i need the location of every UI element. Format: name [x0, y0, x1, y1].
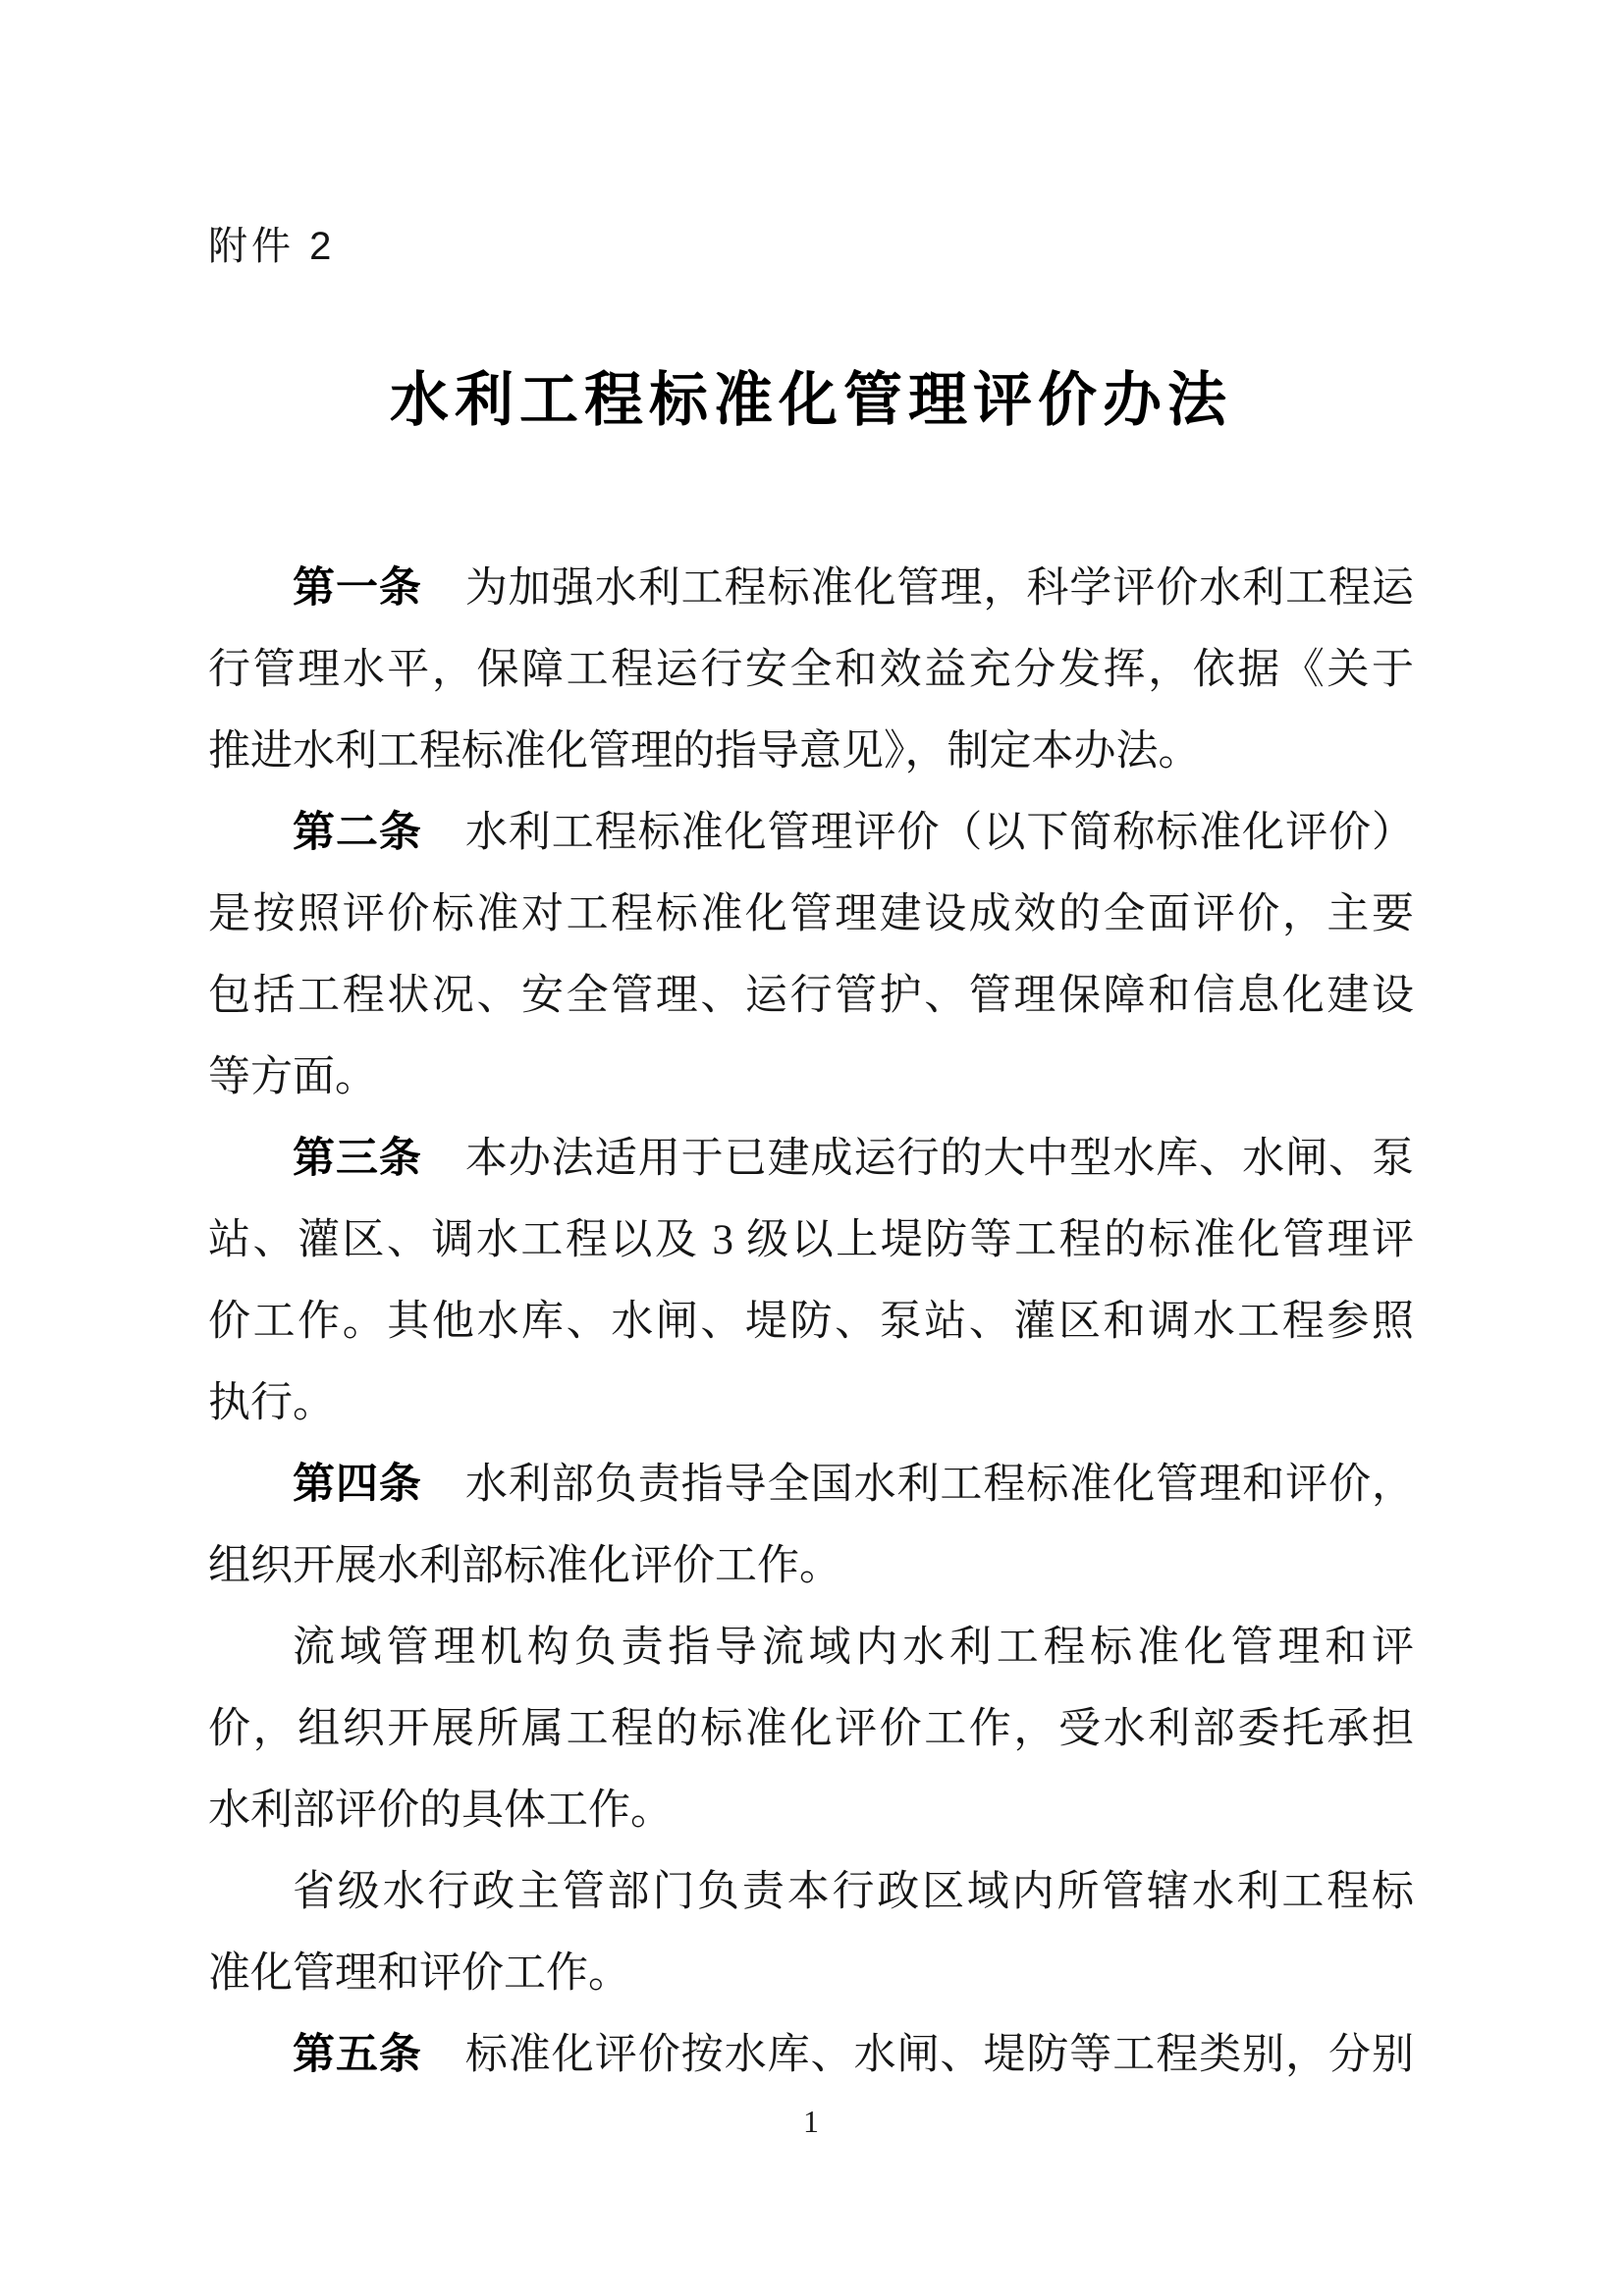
body-line: 推进水利工程标准化管理的指导意见》，制定本办法。	[208, 711, 1414, 792]
article-keyword: 第三条	[293, 1135, 422, 1182]
line-text: 水利部评价的具体工作。	[208, 1788, 673, 1834]
body-line: 水利部评价的具体工作。	[208, 1770, 1414, 1851]
body-line: 第三条 本办法适用于已建成运行的大中型水库、水闸、泵	[208, 1118, 1414, 1200]
body-line: 价工作。其他水库、水闸、堤防、泵站、灌区和调水工程参照	[208, 1281, 1414, 1362]
body-line: 第四条 水利部负责指导全国水利工程标准化管理和评价，	[208, 1444, 1414, 1525]
document-body: 第一条 为加强水利工程标准化管理，科学评价水利工程运 行管理水平，保障工程运行安…	[208, 548, 1414, 2096]
body-line: 价，组织开展所属工程的标准化评价工作，受水利部委托承担	[208, 1688, 1414, 1770]
line-text: 行管理水平，保障工程运行安全和效益充分发挥，依据《关于	[208, 647, 1414, 693]
article-keyword: 第四条	[293, 1461, 422, 1508]
line-text: 组织开展水利部标准化评价工作。	[208, 1543, 841, 1589]
line-text: 是按照评价标准对工程标准化管理建设成效的全面评价，主要	[208, 891, 1414, 937]
line-text: 包括工程状况、安全管理、运行管护、管理保障和信息化建设	[208, 973, 1414, 1019]
line-text: 站、灌区、调水工程以及 3 级以上堤防等工程的标准化管理评	[208, 1217, 1414, 1263]
article-keyword: 第五条	[293, 2031, 422, 2078]
body-line: 第一条 为加强水利工程标准化管理，科学评价水利工程运	[208, 548, 1414, 629]
line-text: 省级水行政主管部门负责本行政区域内所管辖水利工程标	[293, 1869, 1414, 1915]
line-text: 价工作。其他水库、水闸、堤防、泵站、灌区和调水工程参照	[208, 1299, 1414, 1345]
body-line: 行管理水平，保障工程运行安全和效益充分发挥，依据《关于	[208, 629, 1414, 711]
body-line: 流域管理机构负责指导流域内水利工程标准化管理和评	[208, 1607, 1414, 1688]
line-text: 价，组织开展所属工程的标准化评价工作，受水利部委托承担	[208, 1706, 1414, 1752]
line-text: 准化管理和评价工作。	[208, 1950, 630, 1997]
line-text: 为加强水利工程标准化管理，科学评价水利工程运	[422, 565, 1414, 612]
line-text: 推进水利工程标准化管理的指导意见》，制定本办法。	[208, 728, 1201, 774]
body-line: 组织开展水利部标准化评价工作。	[208, 1525, 1414, 1607]
body-line: 第五条 标准化评价按水库、水闸、堤防等工程类别，分别	[208, 2014, 1414, 2096]
line-text: 水利部负责指导全国水利工程标准化管理和评价，	[422, 1462, 1414, 1508]
line-text: 标准化评价按水库、水闸、堤防等工程类别，分别	[422, 2032, 1414, 2078]
article-keyword: 第二条	[293, 809, 422, 856]
page-number: 1	[208, 2102, 1414, 2141]
line-text: 本办法适用于已建成运行的大中型水库、水闸、泵	[422, 1136, 1414, 1182]
body-line: 等方面。	[208, 1037, 1414, 1118]
line-text: 等方面。	[208, 1054, 377, 1100]
attachment-label: 附件 2	[208, 226, 1414, 267]
line-text: 流域管理机构负责指导流域内水利工程标准化管理和评	[293, 1625, 1414, 1671]
document-title: 水利工程标准化管理评价办法	[208, 365, 1414, 436]
article-keyword: 第一条	[293, 564, 422, 612]
body-line: 是按照评价标准对工程标准化管理建设成效的全面评价，主要	[208, 874, 1414, 955]
body-line: 省级水行政主管部门负责本行政区域内所管辖水利工程标	[208, 1851, 1414, 1933]
line-text: 执行。	[208, 1380, 335, 1426]
body-line: 第二条 水利工程标准化管理评价（以下简称标准化评价）	[208, 792, 1414, 874]
body-line: 包括工程状况、安全管理、运行管护、管理保障和信息化建设	[208, 955, 1414, 1037]
line-text: 水利工程标准化管理评价（以下简称标准化评价）	[422, 810, 1414, 856]
body-line: 执行。	[208, 1362, 1414, 1444]
body-line: 站、灌区、调水工程以及 3 级以上堤防等工程的标准化管理评	[208, 1200, 1414, 1281]
body-line: 准化管理和评价工作。	[208, 1933, 1414, 2014]
document-page: 附件 2 水利工程标准化管理评价办法 第一条 为加强水利工程标准化管理，科学评价…	[0, 0, 1624, 2296]
